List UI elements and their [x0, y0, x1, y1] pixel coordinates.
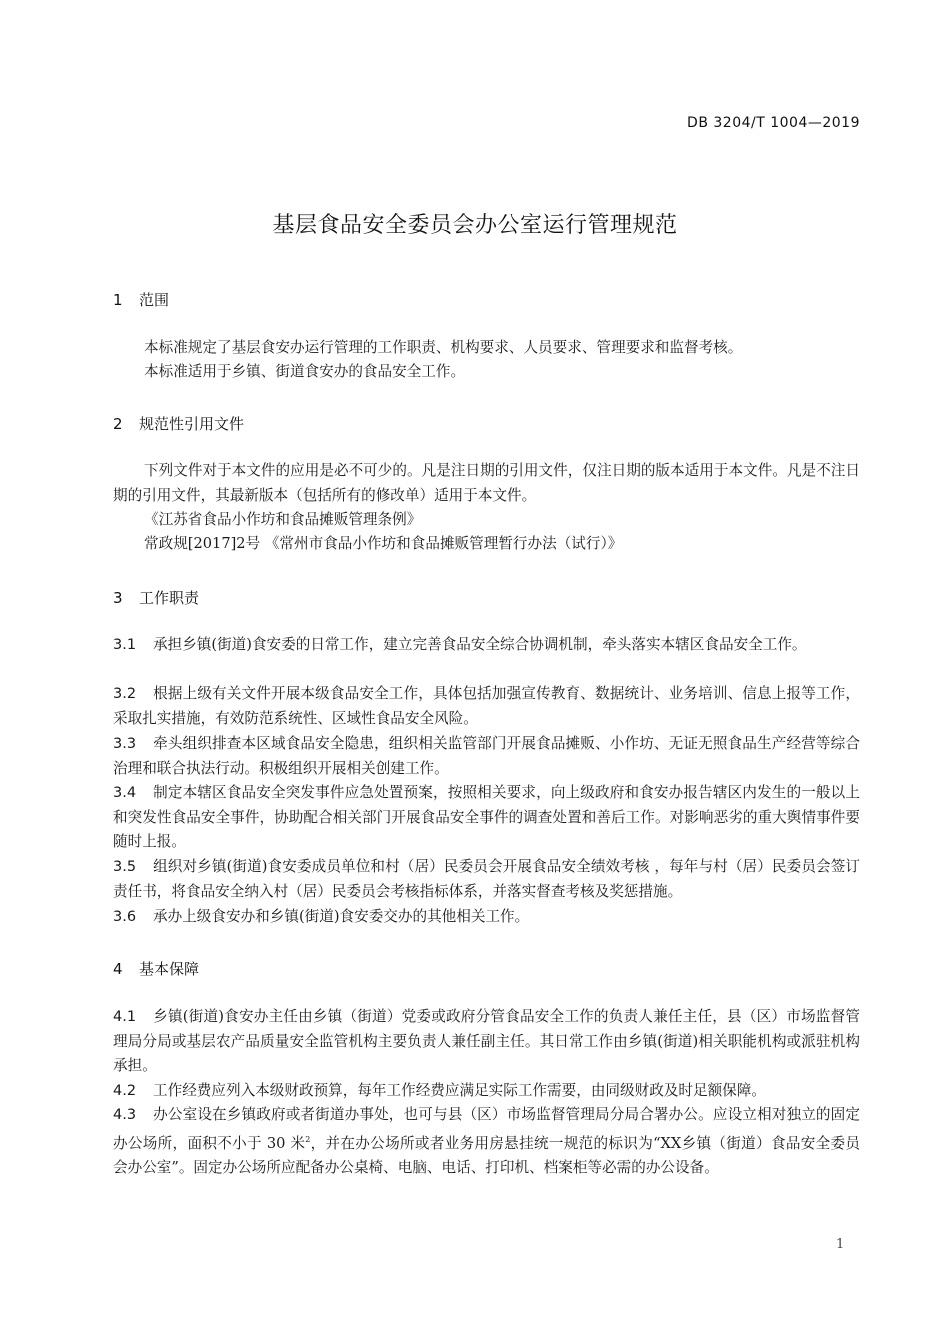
clause-number: 3.4: [113, 781, 153, 806]
section-number: 4: [113, 960, 139, 978]
reference-item: 《江苏省食品小作坊和食品摊贩管理条例》: [113, 508, 860, 533]
clause-number: 4.3: [113, 1103, 153, 1128]
clause-number: 3.6: [113, 905, 153, 930]
clause-3-2: 3.2根据上级有关文件开展本级食品安全工作，具体包括加强宣传教育、数据统计、业务…: [113, 682, 860, 731]
section-2-heading: 2规范性引用文件: [113, 413, 244, 434]
clause-3-4: 3.4制定本辖区食品安全突发事件应急处置预案，按照相关要求，向上级政府和食安办报…: [113, 781, 860, 855]
section-1-paragraph: 本标准规定了基层食安办运行管理的工作职责、机构要求、人员要求、管理要求和监督考核…: [113, 336, 860, 361]
clause-text: 牵头组织排查本区域食品安全隐患，组织相关监管部门开展食品摊贩、小作坊、无证无照食…: [113, 735, 860, 777]
clause-text: 承担乡镇(街道)食安委的日常工作，建立完善食品安全综合协调机制，牵头落实本辖区食…: [153, 636, 807, 653]
clause-3-3: 3.3牵头组织排查本区域食品安全隐患，组织相关监管部门开展食品摊贩、小作坊、无证…: [113, 732, 860, 781]
clause-3-5: 3.5组织对乡镇(街道)食安委成员单位和村（居）民委员会开展食品安全绩效考核 ，…: [113, 855, 860, 904]
clause-3-6: 3.6承办上级食安办和乡镇(街道)食安委交办的其他相关工作。: [113, 905, 860, 930]
reference-item: 常政规[2017]2号 《常州市食品小作坊和食品摊贩管理暂行办法（试行）》: [113, 532, 860, 557]
section-1-heading: 1范围: [113, 289, 169, 310]
clause-text: 制定本辖区食品安全突发事件应急处置预案，按照相关要求，向上级政府和食安办报告辖区…: [113, 784, 860, 850]
clause-number: 3.5: [113, 855, 153, 880]
section-number: 1: [113, 291, 139, 309]
clause-number: 3.3: [113, 732, 153, 757]
section-title: 基本保障: [139, 960, 199, 978]
document-title: 基层食品安全委员会办公室运行管理规范: [0, 208, 950, 239]
clause-text: 组织对乡镇(街道)食安委成员单位和村（居）民委员会开展食品安全绩效考核 ，每年与…: [113, 858, 860, 900]
clause-text: 根据上级有关文件开展本级食品安全工作，具体包括加强宣传教育、数据统计、业务培训、…: [113, 685, 860, 727]
section-title: 工作职责: [139, 589, 199, 607]
section-3-heading: 3工作职责: [113, 587, 199, 608]
section-4-heading: 4基本保障: [113, 958, 199, 979]
clause-4-3: 4.3办公室设在乡镇政府或者街道办事处，也可与县（区）市场监督管理局分局合署办公…: [113, 1103, 860, 1180]
section-title: 范围: [139, 291, 169, 309]
standard-code: DB 3204/T 1004—2019: [687, 115, 860, 131]
clause-number: 3.1: [113, 633, 153, 658]
clause-4-1: 4.1乡镇(街道)食安办主任由乡镇（街道）党委或政府分管食品安全工作的负责人兼任…: [113, 1005, 860, 1079]
section-2-paragraph: 下列文件对于本文件的应用是必不可少的。凡是注日期的引用文件，仅注日期的版本适用于…: [113, 459, 860, 508]
clause-3-1: 3.1承担乡镇(街道)食安委的日常工作，建立完善食品安全综合协调机制，牵头落实本…: [113, 633, 860, 658]
section-1-paragraph: 本标准适用于乡镇、街道食安办的食品安全工作。: [113, 360, 860, 385]
section-title: 规范性引用文件: [139, 415, 244, 433]
section-number: 2: [113, 415, 139, 433]
clause-number: 3.2: [113, 682, 153, 707]
clause-number: 4.2: [113, 1079, 153, 1104]
clause-text: 工作经费应列入本级财政预算，每年工作经费应满足实际工作需要，由同级财政及时足额保…: [153, 1082, 766, 1099]
page-number: 1: [836, 1237, 844, 1252]
section-number: 3: [113, 589, 139, 607]
clause-text: 乡镇(街道)食安办主任由乡镇（街道）党委或政府分管食品安全工作的负责人兼任主任，…: [113, 1008, 860, 1074]
clause-number: 4.1: [113, 1005, 153, 1030]
clause-text: 承办上级食安办和乡镇(街道)食安委交办的其他相关工作。: [153, 908, 529, 925]
clause-4-2: 4.2工作经费应列入本级财政预算，每年工作经费应满足实际工作需要，由同级财政及时…: [113, 1079, 860, 1104]
